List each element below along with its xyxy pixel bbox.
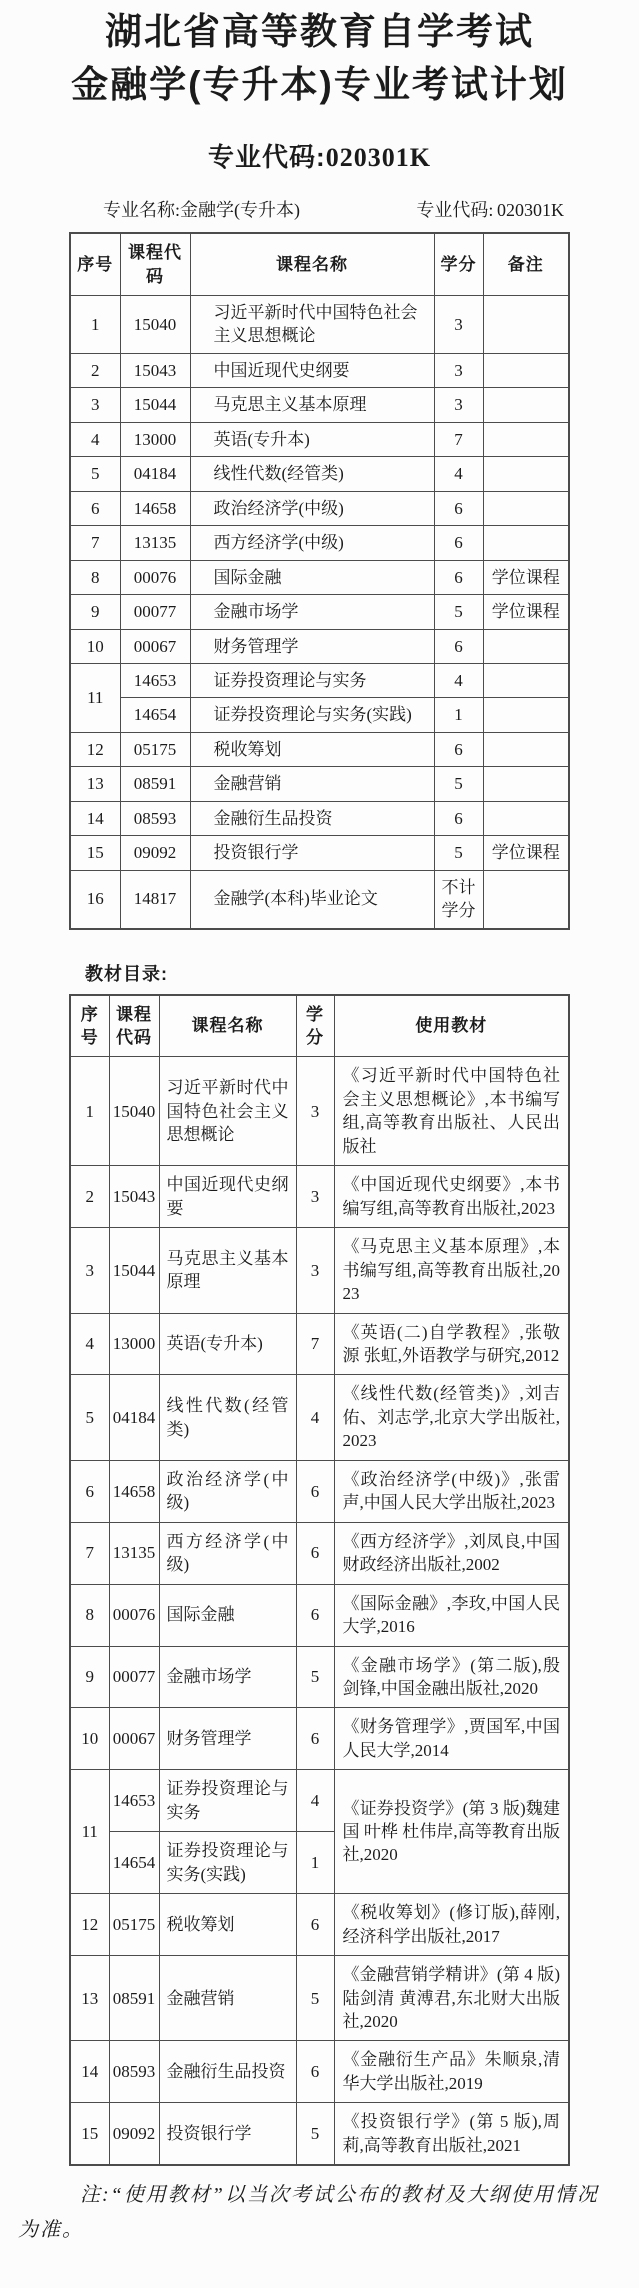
table-row: 504184线性代数(经管类)4《线性代数(经管类)》,刘吉佑、刘志学,北京大学… (70, 1375, 569, 1460)
cell-remark: 学位课程 (483, 560, 569, 594)
cell-remark (483, 698, 569, 732)
cell-credit: 6 (296, 1522, 334, 1584)
cell-no: 5 (70, 457, 120, 491)
cell-name: 习近平新时代中国特色社会主义思想概论 (159, 1057, 296, 1166)
cell-name: 国际金融 (190, 560, 434, 594)
cell-book: 《金融市场学》(第二版),殷剑锋,中国金融出版社,2020 (334, 1646, 569, 1708)
table-row: 900077金融市场学5《金融市场学》(第二版),殷剑锋,中国金融出版社,202… (70, 1646, 569, 1708)
cell-code: 14658 (120, 491, 190, 525)
cell-credit: 6 (434, 801, 483, 835)
cell-book: 《中国近现代史纲要》,本书编写组,高等教育出版社,2023 (334, 1166, 569, 1228)
cell-remark (483, 353, 569, 387)
cell-no: 9 (70, 1646, 109, 1708)
cell-remark: 学位课程 (483, 595, 569, 629)
cell-credit: 6 (434, 491, 483, 525)
cell-credit: 5 (296, 1646, 334, 1708)
cell-code: 15040 (109, 1057, 159, 1166)
cell-code: 14653 (109, 1770, 159, 1832)
cell-credit: 3 (296, 1228, 334, 1313)
cell-credit: 5 (434, 836, 483, 870)
cell-book: 《证券投资学》(第 3 版)魏建国 叶桦 杜伟岸,高等教育出版社,2020 (334, 1770, 569, 1894)
cell-credit: 5 (296, 1956, 334, 2041)
cell-credit: 4 (296, 1770, 334, 1832)
cell-no: 3 (70, 1228, 109, 1313)
table-row: 1114653证券投资理论与实务4《证券投资学》(第 3 版)魏建国 叶桦 杜伟… (70, 1770, 569, 1832)
cell-credit: 5 (296, 2103, 334, 2165)
cell-credit: 4 (296, 1375, 334, 1460)
cell-name: 中国近现代史纲要 (159, 1166, 296, 1228)
cell-remark (483, 801, 569, 835)
cell-credit: 3 (296, 1057, 334, 1166)
cell-no: 7 (70, 1522, 109, 1584)
major-meta-row: 专业名称:金融学(专升本) 专业代码: 020301K (103, 196, 564, 222)
column-header-no: 序号 (70, 233, 120, 295)
cell-name: 习近平新时代中国特色社会主义思想概论 (190, 295, 434, 353)
cell-no: 6 (70, 1460, 109, 1522)
cell-book: 《金融营销学精讲》(第 4 版)陆剑清 黄溥君,东北财大出版社,2020 (334, 1956, 569, 2041)
column-header-name: 课程名称 (190, 233, 434, 295)
cell-code: 04184 (109, 1375, 159, 1460)
cell-name: 英语(专升本) (159, 1313, 296, 1375)
table-row: 614658政治经济学(中级)6《政治经济学(中级)》,张雷声,中国人民大学出版… (70, 1460, 569, 1522)
cell-name: 金融学(本科)毕业论文 (190, 870, 434, 928)
table-row: 14654证券投资理论与实务(实践)1 (70, 698, 569, 732)
cell-code: 14817 (120, 870, 190, 928)
cell-remark (483, 491, 569, 525)
major-name-label: 专业名称: (103, 200, 180, 220)
cell-no: 12 (70, 732, 120, 766)
cell-credit: 3 (296, 1166, 334, 1228)
cell-name: 金融营销 (159, 1956, 296, 2041)
cell-credit: 5 (434, 767, 483, 801)
cell-name: 税收筹划 (159, 1894, 296, 1956)
cell-code: 13000 (120, 422, 190, 456)
cell-code: 08593 (109, 2041, 159, 2103)
cell-no: 5 (70, 1375, 109, 1460)
cell-no: 4 (70, 422, 120, 456)
cell-credit: 不计学分 (434, 870, 483, 928)
major-name-value: 金融学(专升本) (180, 200, 300, 220)
cell-credit: 6 (434, 629, 483, 663)
cell-no: 3 (70, 388, 120, 422)
cell-no: 10 (70, 1708, 109, 1770)
cell-credit: 1 (434, 698, 483, 732)
cell-code: 04184 (120, 457, 190, 491)
cell-no: 12 (70, 1894, 109, 1956)
cell-credit: 3 (434, 295, 483, 353)
cell-credit: 1 (296, 1832, 334, 1894)
cell-remark (483, 663, 569, 697)
cell-code: 15043 (109, 1166, 159, 1228)
cell-code: 15040 (120, 295, 190, 353)
cell-book: 《金融衍生产品》朱顺泉,清华大学出版社,2019 (334, 2041, 569, 2103)
major-code-label: 专业代码: (208, 142, 326, 172)
cell-code: 05175 (109, 1894, 159, 1956)
column-header-book: 使用教材 (334, 995, 569, 1057)
cell-no: 15 (70, 2103, 109, 2165)
cell-no: 6 (70, 491, 120, 525)
cell-name: 西方经济学(中级) (190, 526, 434, 560)
page-title-line2: 金融学(专升本)专业考试计划 (6, 59, 633, 112)
table-row: 800076国际金融6学位课程 (70, 560, 569, 594)
table-row: 1408593金融衍生品投资6《金融衍生产品》朱顺泉,清华大学出版社,2019 (70, 2041, 569, 2103)
cell-name: 金融市场学 (159, 1646, 296, 1708)
column-header-credit: 学分 (296, 995, 334, 1057)
cell-name: 金融衍生品投资 (190, 801, 434, 835)
cell-no: 10 (70, 629, 120, 663)
cell-no: 16 (70, 870, 120, 928)
cell-credit: 5 (434, 595, 483, 629)
table-row: 713135西方经济学(中级)6 (70, 526, 569, 560)
cell-name: 投资银行学 (190, 836, 434, 870)
cell-book: 《政治经济学(中级)》,张雷声,中国人民大学出版社,2023 (334, 1460, 569, 1522)
cell-book: 《国际金融》,李玫,中国人民大学,2016 (334, 1584, 569, 1646)
cell-code: 08591 (120, 767, 190, 801)
cell-book: 《投资银行学》(第 5 版),周莉,高等教育出版社,2021 (334, 2103, 569, 2165)
cell-code: 00067 (109, 1708, 159, 1770)
cell-code: 00076 (109, 1584, 159, 1646)
table-row: 1000067财务管理学6《财务管理学》,贾国军,中国人民大学,2014 (70, 1708, 569, 1770)
major-name-pair: 专业名称:金融学(专升本) (103, 196, 300, 222)
cell-book: 《税收筹划》(修订版),薛刚,经济科学出版社,2017 (334, 1894, 569, 1956)
table-row: 1205175税收筹划6 (70, 732, 569, 766)
cell-credit: 6 (296, 2041, 334, 2103)
cell-no: 1 (70, 295, 120, 353)
cell-code: 00067 (120, 629, 190, 663)
cell-name: 证券投资理论与实务 (190, 663, 434, 697)
major-code-heading: 专业代码:020301K (0, 137, 639, 174)
cell-credit: 4 (434, 457, 483, 491)
table-row: 900077金融市场学5学位课程 (70, 595, 569, 629)
cell-code: 08593 (120, 801, 190, 835)
cell-credit: 6 (296, 1894, 334, 1956)
cell-remark (483, 526, 569, 560)
cell-name: 投资银行学 (159, 2103, 296, 2165)
page-title-line1: 湖北省高等教育自学考试 (6, 6, 633, 59)
cell-book: 《马克思主义基本原理》,本书编写组,高等教育出版社,2023 (334, 1228, 569, 1313)
cell-name: 金融营销 (190, 767, 434, 801)
cell-credit: 7 (296, 1313, 334, 1375)
cell-remark (483, 767, 569, 801)
column-header-name: 课程名称 (159, 995, 296, 1057)
cell-book: 《英语(二)自学教程》,张敬源 张虹,外语教学与研究,2012 (334, 1313, 569, 1375)
header-row: 序号课程代码课程名称学分使用教材 (70, 995, 569, 1057)
cell-name: 金融市场学 (190, 595, 434, 629)
cell-name: 英语(专升本) (190, 422, 434, 456)
cell-code: 00077 (120, 595, 190, 629)
cell-name: 马克思主义基本原理 (159, 1228, 296, 1313)
cell-no: 4 (70, 1313, 109, 1375)
cell-credit: 7 (434, 422, 483, 456)
cell-credit: 6 (434, 732, 483, 766)
table-row: 504184线性代数(经管类)4 (70, 457, 569, 491)
cell-code: 13000 (109, 1313, 159, 1375)
table-row: 1408593金融衍生品投资6 (70, 801, 569, 835)
table-row: 215043中国近现代史纲要3 (70, 353, 569, 387)
exam-plan-table: 序号课程代码课程名称学分备注115040习近平新时代中国特色社会主义思想概论32… (69, 232, 570, 930)
table-row: 1308591金融营销5 (70, 767, 569, 801)
cell-name: 政治经济学(中级) (159, 1460, 296, 1522)
cell-code: 15043 (120, 353, 190, 387)
table-row: 800076国际金融6《国际金融》,李玫,中国人民大学,2016 (70, 1584, 569, 1646)
cell-remark (483, 295, 569, 353)
cell-code: 14658 (109, 1460, 159, 1522)
cell-code: 13135 (120, 526, 190, 560)
cell-code: 05175 (120, 732, 190, 766)
column-header-code: 课程代码 (120, 233, 190, 295)
cell-no: 2 (70, 1166, 109, 1228)
cell-remark (483, 422, 569, 456)
cell-credit: 6 (296, 1460, 334, 1522)
textbook-section-label: 教材目录: (85, 960, 639, 986)
cell-remark (483, 870, 569, 928)
cell-name: 国际金融 (159, 1584, 296, 1646)
cell-no: 14 (70, 801, 120, 835)
cell-name: 西方经济学(中级) (159, 1522, 296, 1584)
cell-name: 证券投资理论与实务 (159, 1770, 296, 1832)
cell-name: 政治经济学(中级) (190, 491, 434, 525)
cell-code: 09092 (109, 2103, 159, 2165)
cell-credit: 6 (434, 526, 483, 560)
cell-no: 1 (70, 1057, 109, 1166)
cell-code: 13135 (109, 1522, 159, 1584)
table-row: 1308591金融营销5《金融营销学精讲》(第 4 版)陆剑清 黄溥君,东北财大… (70, 1956, 569, 2041)
cell-book: 《西方经济学》,刘凤良,中国财政经济出版社,2002 (334, 1522, 569, 1584)
table-row: 713135西方经济学(中级)6《西方经济学》,刘凤良,中国财政经济出版社,20… (70, 1522, 569, 1584)
column-header-credit: 学分 (434, 233, 483, 295)
cell-no: 15 (70, 836, 120, 870)
cell-book: 《习近平新时代中国特色社会主义思想概论》,本书编写组,高等教育出版社、人民出版社 (334, 1057, 569, 1166)
cell-no: 13 (70, 767, 120, 801)
cell-credit: 3 (434, 353, 483, 387)
column-header-remark: 备注 (483, 233, 569, 295)
cell-code: 14654 (120, 698, 190, 732)
table-row: 215043中国近现代史纲要3《中国近现代史纲要》,本书编写组,高等教育出版社,… (70, 1166, 569, 1228)
cell-credit: 4 (434, 663, 483, 697)
table-row: 413000英语(专升本)7《英语(二)自学教程》,张敬源 张虹,外语教学与研究… (70, 1313, 569, 1375)
cell-name: 证券投资理论与实务(实践) (159, 1832, 296, 1894)
cell-no: 9 (70, 595, 120, 629)
cell-code: 15044 (120, 388, 190, 422)
table-row: 1614817金融学(本科)毕业论文不计学分 (70, 870, 569, 928)
cell-name: 财务管理学 (159, 1708, 296, 1770)
meta-code-label: 专业代码: (416, 200, 493, 220)
cell-name: 中国近现代史纲要 (190, 353, 434, 387)
column-header-no: 序号 (70, 995, 109, 1057)
table-row: 413000英语(专升本)7 (70, 422, 569, 456)
cell-remark (483, 457, 569, 491)
cell-no: 11 (70, 1770, 109, 1894)
cell-name: 马克思主义基本原理 (190, 388, 434, 422)
cell-remark (483, 629, 569, 663)
table-row: 315044马克思主义基本原理3《马克思主义基本原理》,本书编写组,高等教育出版… (70, 1228, 569, 1313)
cell-no: 8 (70, 1584, 109, 1646)
major-code-value: 020301K (326, 143, 431, 172)
cell-code: 00077 (109, 1646, 159, 1708)
table-row: 1000067财务管理学6 (70, 629, 569, 663)
table-row: 1114653证券投资理论与实务4 (70, 663, 569, 697)
cell-code: 14654 (109, 1832, 159, 1894)
cell-book: 《线性代数(经管类)》,刘吉佑、刘志学,北京大学出版社,2023 (334, 1375, 569, 1460)
cell-remark (483, 732, 569, 766)
cell-credit: 3 (434, 388, 483, 422)
cell-code: 08591 (109, 1956, 159, 2041)
cell-name: 税收筹划 (190, 732, 434, 766)
cell-no: 7 (70, 526, 120, 560)
cell-name: 线性代数(经管类) (190, 457, 434, 491)
cell-no: 13 (70, 1956, 109, 2041)
cell-credit: 6 (296, 1708, 334, 1770)
footer-note: 注:“使用教材”以当次考试公布的教材及大纲使用情况为准。 (18, 2178, 619, 2248)
column-header-code: 课程代码 (109, 995, 159, 1057)
cell-code: 15044 (109, 1228, 159, 1313)
cell-name: 金融衍生品投资 (159, 2041, 296, 2103)
cell-name: 线性代数(经管类) (159, 1375, 296, 1460)
table-row: 1509092投资银行学5《投资银行学》(第 5 版),周莉,高等教育出版社,2… (70, 2103, 569, 2165)
cell-remark: 学位课程 (483, 836, 569, 870)
table-row: 614658政治经济学(中级)6 (70, 491, 569, 525)
table-row: 1509092投资银行学5学位课程 (70, 836, 569, 870)
document-page: 湖北省高等教育自学考试 金融学(专升本)专业考试计划 专业代码:020301K … (0, 0, 639, 2288)
cell-no: 2 (70, 353, 120, 387)
cell-credit: 6 (434, 560, 483, 594)
cell-name: 财务管理学 (190, 629, 434, 663)
cell-remark (483, 388, 569, 422)
table-row: 115040习近平新时代中国特色社会主义思想概论3《习近平新时代中国特色社会主义… (70, 1057, 569, 1166)
table-row: 115040习近平新时代中国特色社会主义思想概论3 (70, 295, 569, 353)
header-row: 序号课程代码课程名称学分备注 (70, 233, 569, 295)
cell-code: 14653 (120, 663, 190, 697)
meta-code-value: 020301K (497, 200, 564, 220)
table-row: 1205175税收筹划6《税收筹划》(修订版),薛刚,经济科学出版社,2017 (70, 1894, 569, 1956)
major-code-pair: 专业代码: 020301K (416, 196, 564, 222)
cell-no: 11 (70, 663, 120, 732)
cell-name: 证券投资理论与实务(实践) (190, 698, 434, 732)
cell-code: 09092 (120, 836, 190, 870)
textbook-table: 序号课程代码课程名称学分使用教材115040习近平新时代中国特色社会主义思想概论… (69, 994, 570, 2167)
cell-book: 《财务管理学》,贾国军,中国人民大学,2014 (334, 1708, 569, 1770)
cell-credit: 6 (296, 1584, 334, 1646)
cell-code: 00076 (120, 560, 190, 594)
table-row: 315044马克思主义基本原理3 (70, 388, 569, 422)
cell-no: 14 (70, 2041, 109, 2103)
cell-no: 8 (70, 560, 120, 594)
